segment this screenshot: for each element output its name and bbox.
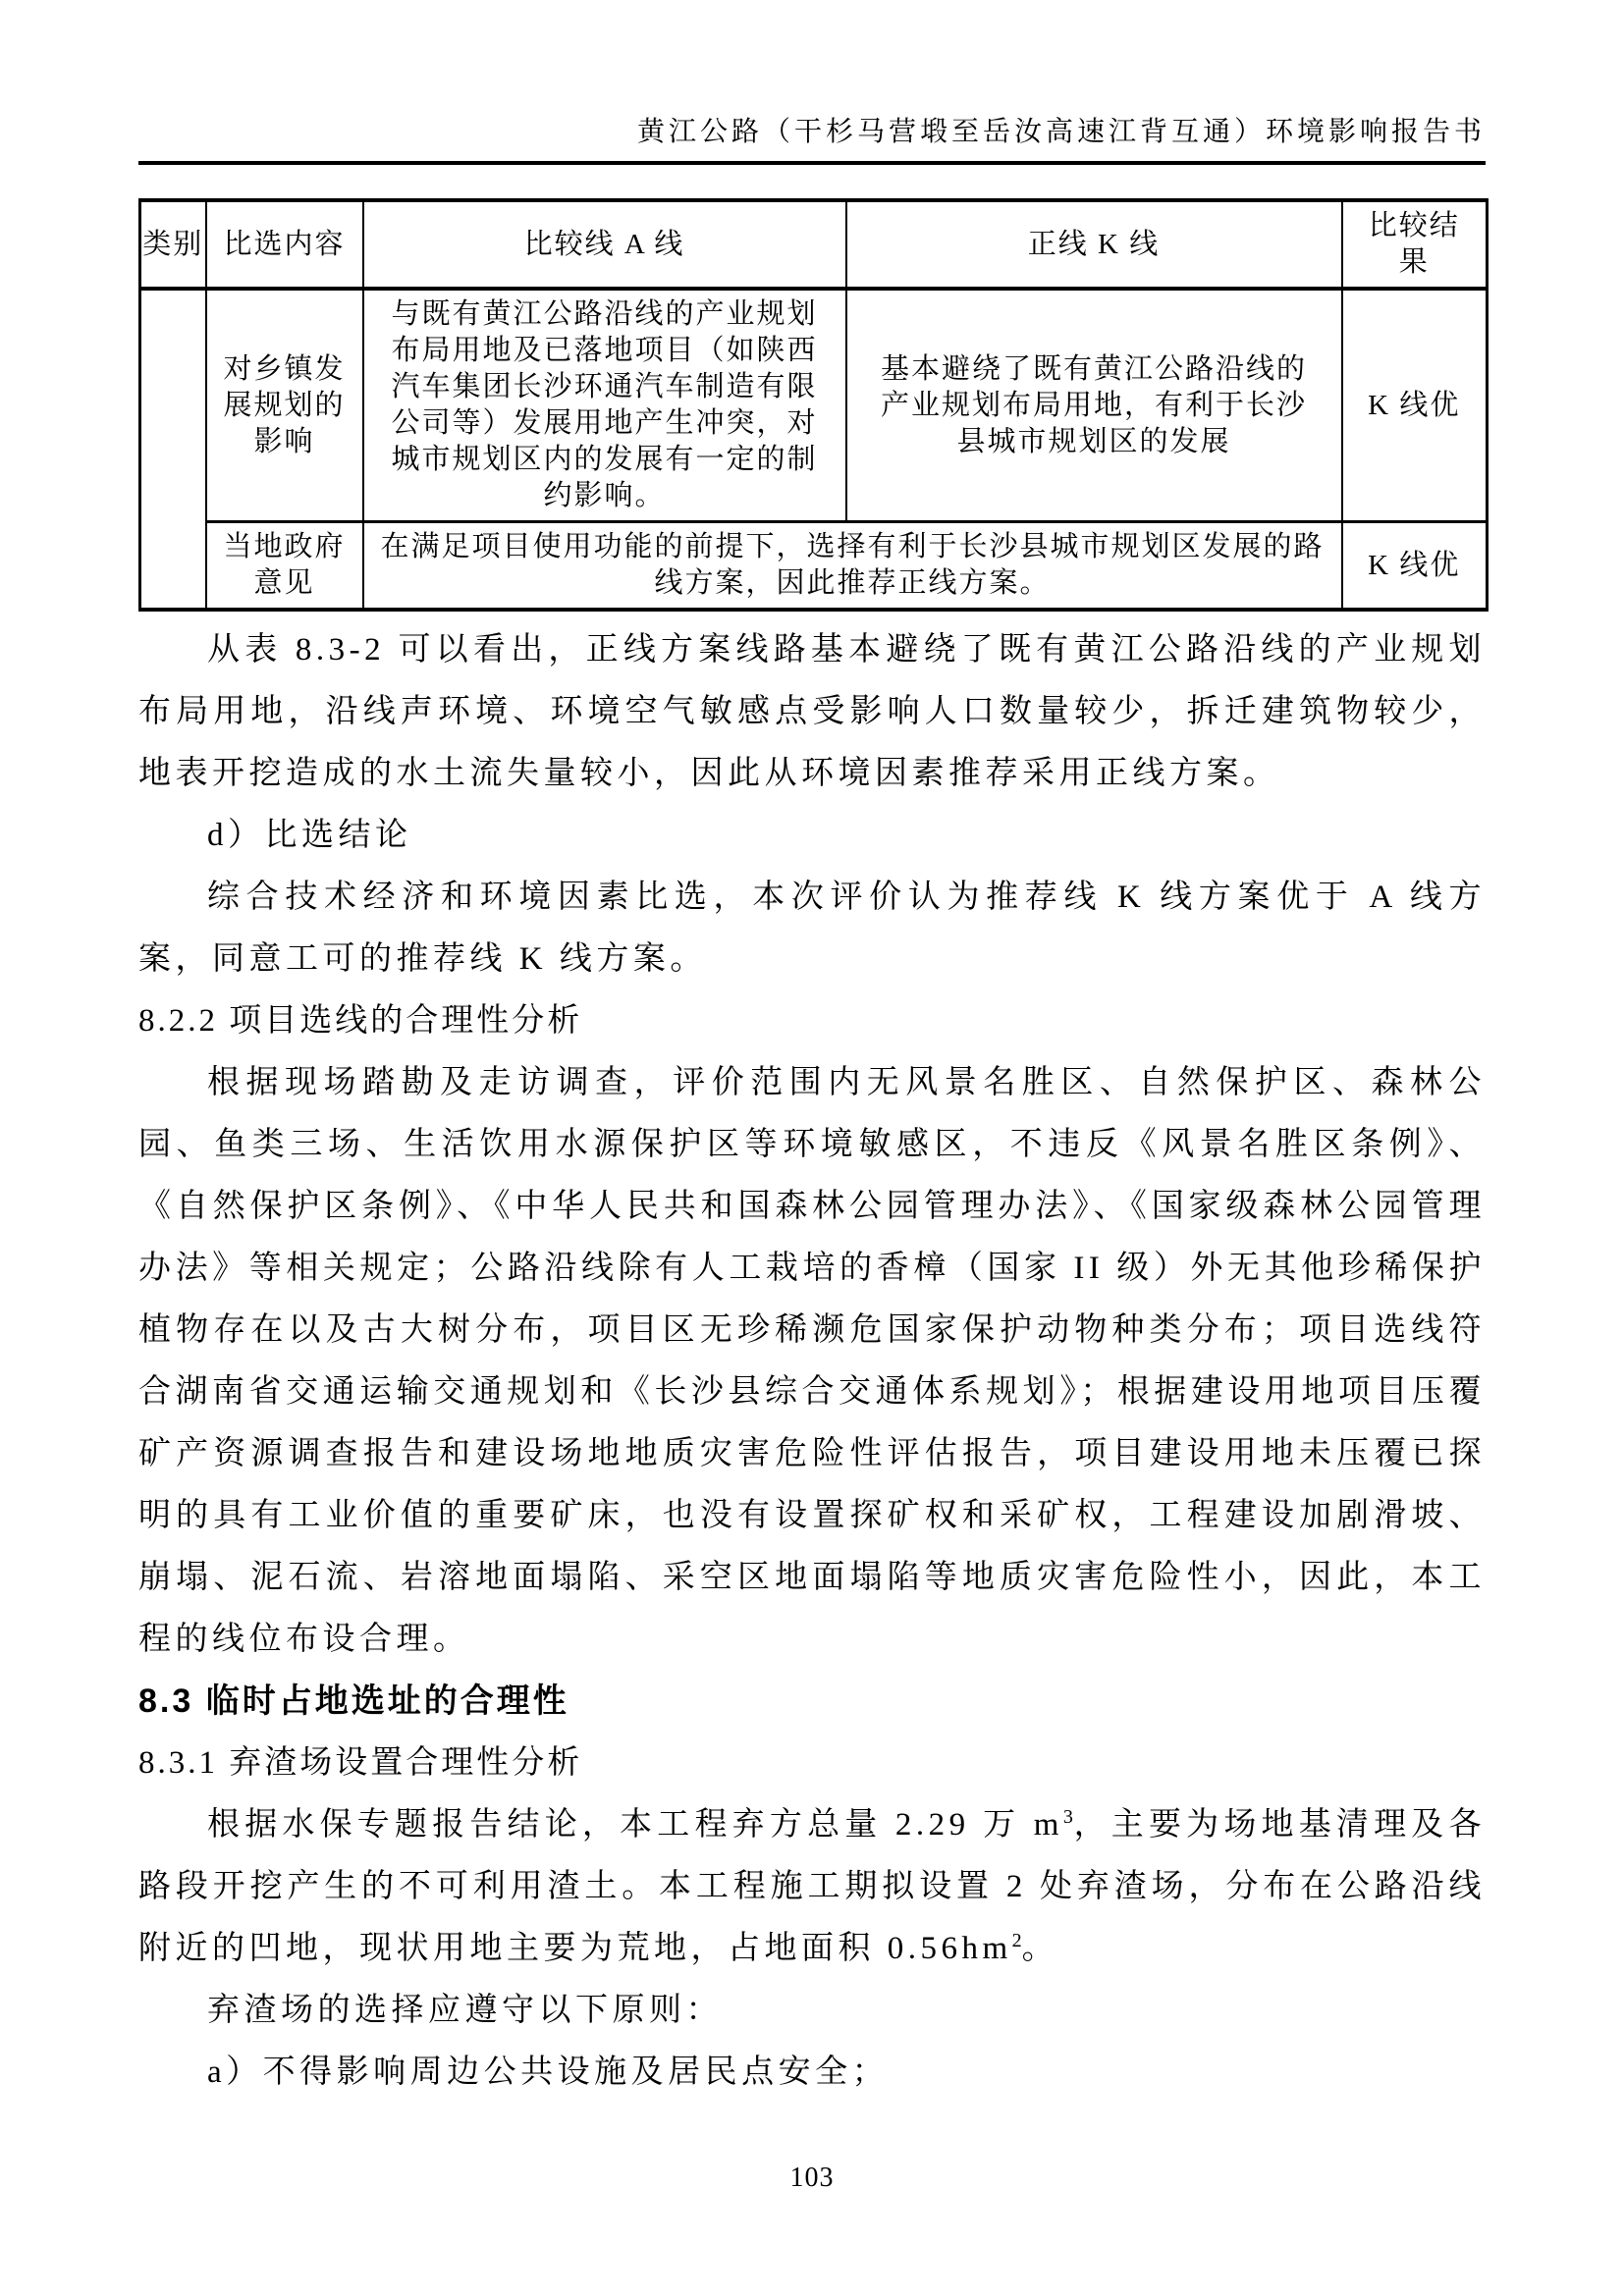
paragraph-principles-intro: 弃渣场的选择应遵守以下原则： xyxy=(138,1980,1486,2042)
table-header-row: 类别 比选内容 比较线 A 线 正线 K 线 比较结果 xyxy=(140,200,1488,289)
body-text: 从表 8.3-2 可以看出，正线方案线路基本避绕了既有黄江公路沿线的产业规划布局… xyxy=(138,619,1486,2104)
column-header-result: 比较结果 xyxy=(1342,200,1488,289)
section-heading-8-3: 8.3 临时占地选址的合理性 xyxy=(138,1671,1486,1733)
paragraph-spoil-ground: 根据水保专题报告结论，本工程弃方总量 2.29 万 m3，主要为场地基清理及各路… xyxy=(138,1794,1486,1980)
item-cell-planning-impact: 对乡镇发展规划的影响 xyxy=(206,289,363,522)
running-header-title: 黄江公路（干杉马营塅至岳汝高速江背互通）环境影响报告书 xyxy=(138,0,1486,149)
column-header-item: 比选内容 xyxy=(206,200,363,289)
column-header-line-a: 比较线 A 线 xyxy=(363,200,846,289)
result-cell-planning-impact: K 线优 xyxy=(1342,289,1488,522)
table-row-government-opinion: 当地政府意见 在满足项目使用功能的前提下，选择有利于长沙县城市规划区发展的路线方… xyxy=(140,522,1488,611)
superscript-square-hectometer: 2 xyxy=(1012,1930,1022,1951)
item-cell-government-opinion: 当地政府意见 xyxy=(206,522,363,611)
paragraph-table-conclusion: 从表 8.3-2 可以看出，正线方案线路基本避绕了既有黄江公路沿线的产业规划布局… xyxy=(138,619,1486,805)
line-a-cell-planning-impact: 与既有黄江公路沿线的产业规划布局用地及已落地项目（如陕西汽车集团长沙环通汽车制造… xyxy=(363,289,846,522)
spoil-text-1: 根据水保专题报告结论，本工程弃方总量 2.29 万 m xyxy=(207,1807,1063,1842)
column-header-line-k: 正线 K 线 xyxy=(846,200,1342,289)
page-number: 103 xyxy=(0,2163,1624,2194)
route-comparison-table: 类别 比选内容 比较线 A 线 正线 K 线 比较结果 对乡镇发展规划的影响 与… xyxy=(138,198,1489,612)
table-row-planning-impact: 对乡镇发展规划的影响 与既有黄江公路沿线的产业规划布局用地及已落地项目（如陕西汽… xyxy=(140,289,1488,522)
document-page: 黄江公路（干杉马营塅至岳汝高速江背互通）环境影响报告书 类别 比选内容 比较线 … xyxy=(0,0,1624,2296)
content-column: 黄江公路（干杉马营塅至岳汝高速江背互通）环境影响报告书 类别 比选内容 比较线 … xyxy=(138,0,1486,2104)
column-header-category: 类别 xyxy=(140,200,206,289)
item-d-label: d）比选结论 xyxy=(138,805,1486,867)
line-k-cell-planning-impact: 基本避绕了既有黄江公路沿线的产业规划布局用地，有利于长沙县城市规划区的发展 xyxy=(846,289,1342,522)
section-heading-8-3-1: 8.3.1 弃渣场设置合理性分析 xyxy=(138,1733,1486,1794)
result-cell-government-opinion: K 线优 xyxy=(1342,522,1488,611)
paragraph-comparison-conclusion: 综合技术经济和环境因素比选，本次评价认为推荐线 K 线方案优于 A 线方案，同意… xyxy=(138,867,1486,990)
paragraph-principle-a: a）不得影响周边公共设施及居民点安全； xyxy=(138,2042,1486,2104)
header-rule xyxy=(138,161,1486,165)
paragraph-route-rationality: 根据现场踏勘及走访调查，评价范围内无风景名胜区、自然保护区、森林公园、鱼类三场、… xyxy=(138,1052,1486,1671)
category-cell xyxy=(140,289,206,610)
superscript-cubic-meter: 3 xyxy=(1063,1806,1073,1828)
spoil-text-3: 。 xyxy=(1022,1931,1059,1966)
section-heading-8-2-2: 8.2.2 项目选线的合理性分析 xyxy=(138,990,1486,1052)
opinion-merged-cell: 在满足项目使用功能的前提下，选择有利于长沙县城市规划区发展的路线方案，因此推荐正… xyxy=(363,522,1342,611)
